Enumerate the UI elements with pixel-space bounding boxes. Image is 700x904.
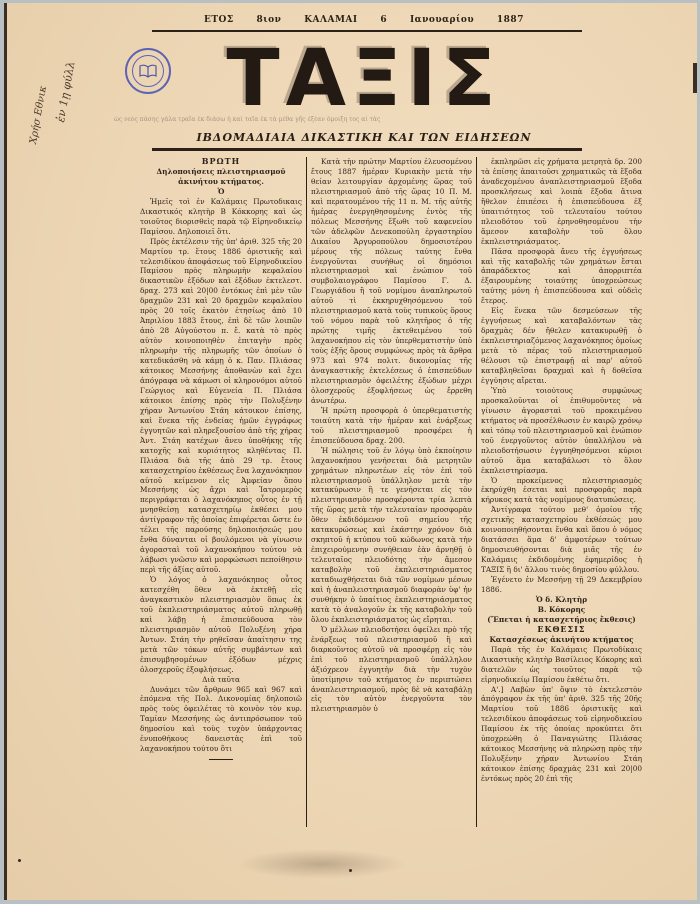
- column-end-rule: [209, 759, 233, 760]
- masthead-dateline: ΕΤΟΣ 8ιον ΚΑΛΑΜΑΙ 6 Ιανουαρίου 1887: [204, 12, 524, 28]
- book-icon: [132, 55, 164, 87]
- masthead-rule-top: [152, 30, 582, 32]
- city: ΚΑΛΑΜΑΙ: [304, 15, 357, 25]
- library-stamp: [125, 48, 171, 94]
- paragraph: ἐκπληρῶσι εἰς χρήματα μετρητὰ δρ. 200 τὰ…: [481, 157, 642, 247]
- day: 6: [380, 15, 387, 25]
- paragraph: Ἡ πώλησις τοῦ ἐν λόγῳ ὑπὸ ἐκποίησιν λαχα…: [311, 446, 472, 625]
- newspaper-subtitle: ΙΒΔΟΜΑΔΙΑΙΑ ΔΙΚΑΣΤΙΚΗ ΚΑΙ ΤΩΝ ΕΙΔΗΣΕΩΝ: [154, 131, 574, 144]
- page-edge-right: [693, 63, 697, 93]
- paragraph: Εἰς ἕνεκα τῶν δεσμεύσεων τῆς ἐγγυήσεως κ…: [481, 306, 642, 386]
- month: Ιανουαρίου: [410, 15, 474, 25]
- year-label: ΕΤΟΣ: [204, 15, 234, 25]
- paragraph: Ἡ πρώτη προσφορὰ ὁ ὑπερθεματιστὴς τοιαύτ…: [311, 406, 472, 446]
- paragraph: Δυνάμει τῶν ἄρθρων 965 καὶ 967 καὶ ἑπόμε…: [140, 685, 302, 755]
- year: 1887: [497, 15, 524, 25]
- newspaper-page: ΕΤΟΣ 8ιον ΚΑΛΑΜΑΙ 6 Ιανουαρίου 1887 ὡς ν…: [4, 3, 697, 900]
- column-1: ΒΡΩΤΗ Δηλοποιήσεις πλειστηριασμοῦ ἀκινήτ…: [136, 157, 306, 827]
- paragraph: Ὁ μέλλων πλειοδοτήσει ὀφείλει πρὸ τῆς ἐν…: [311, 625, 472, 715]
- paragraph: Παρὰ τῆς ἐν Καλάμαις Πρωτοδίκαις Δικαστι…: [481, 645, 642, 685]
- ink-speck: [18, 859, 21, 862]
- paragraph: Ἀντίγραφα τούτου μεθ' ὁμοίου τῆς σχετικῆ…: [481, 505, 642, 575]
- masthead-rule-bottom: [152, 148, 582, 151]
- year-number: 8ιον: [257, 15, 282, 25]
- paragraph: Ὁ προκείμενος πλειστηριασμὸς ἐκηρύχθη ἐσ…: [481, 476, 642, 506]
- column-heading: ΒΡΩΤΗ: [140, 157, 302, 167]
- article-columns: ΒΡΩΤΗ Δηλοποιήσεις πλειστηριασμοῦ ἀκινήτ…: [136, 157, 646, 827]
- paragraph: Ὁ λόγος ὁ λαχανόκηπος οὗτος κατεσχέθη ὅθ…: [140, 575, 302, 675]
- section-subheading: Κατασχέσεως ἀκινήτου κτήματος: [481, 635, 642, 645]
- paragraph: Ἐγένετο ἐν Μεσσήνῃ τῇ 29 Δεκεμβρίου 1886…: [481, 575, 642, 595]
- handwritten-note-2: ἐν 1ῃ φύλλ: [54, 60, 77, 123]
- signature-title: Ὁ δ. Κλητὴρ: [481, 595, 642, 605]
- paragraph: Ὑπὸ τοιούτους συμφώνως προσκαλοῦνται οἱ …: [481, 386, 642, 476]
- signature-name: Β. Κόκορης: [481, 605, 642, 615]
- paragraph: Κατὰ τὴν πρώτην Μαρτίου ἐλευσομένου ἔτου…: [311, 157, 472, 406]
- page-edge-left: [4, 3, 7, 900]
- paragraph: Α'.] Λαβὼν ὑπ' ὄψιν τὸ ἐκτελεστὸν ἀπόγρα…: [481, 685, 642, 785]
- paragraph: Δηλοποιήσεις πλειστηριασμοῦ ἀκινήτου κτή…: [140, 167, 302, 187]
- newspaper-title: ΤΑΞΙΣ: [214, 41, 514, 117]
- paragraph: Διὰ ταῦτα: [140, 675, 302, 685]
- section-heading: ΕΚΘΕΣΙΣ: [481, 625, 642, 635]
- ink-speck: [349, 869, 352, 872]
- paragraph: Πρὸς ἐκτέλεσιν τῆς ὑπ' ἀριθ. 325 τῆς 20 …: [140, 237, 302, 575]
- handwritten-note-1: Χρήσ Εθνικ: [28, 85, 49, 145]
- paragraph: Ἠμεῖς τοὶ ἐν Καλάμαις Πρωτοδικαις Δικαστ…: [140, 197, 302, 237]
- column-2: Κατὰ τὴν πρώτην Μαρτίου ἐλευσομένου ἔτου…: [306, 157, 476, 827]
- paragraph: Ὁ: [140, 187, 302, 197]
- ink-smudge: [236, 849, 406, 879]
- paragraph: Πᾶσα προσφορὰ ἄνευ τῆς ἐγγυήσεως καὶ τῆς…: [481, 247, 642, 307]
- column-3: ἐκπληρῶσι εἰς χρήματα μετρητὰ δρ. 200 τὰ…: [476, 157, 646, 827]
